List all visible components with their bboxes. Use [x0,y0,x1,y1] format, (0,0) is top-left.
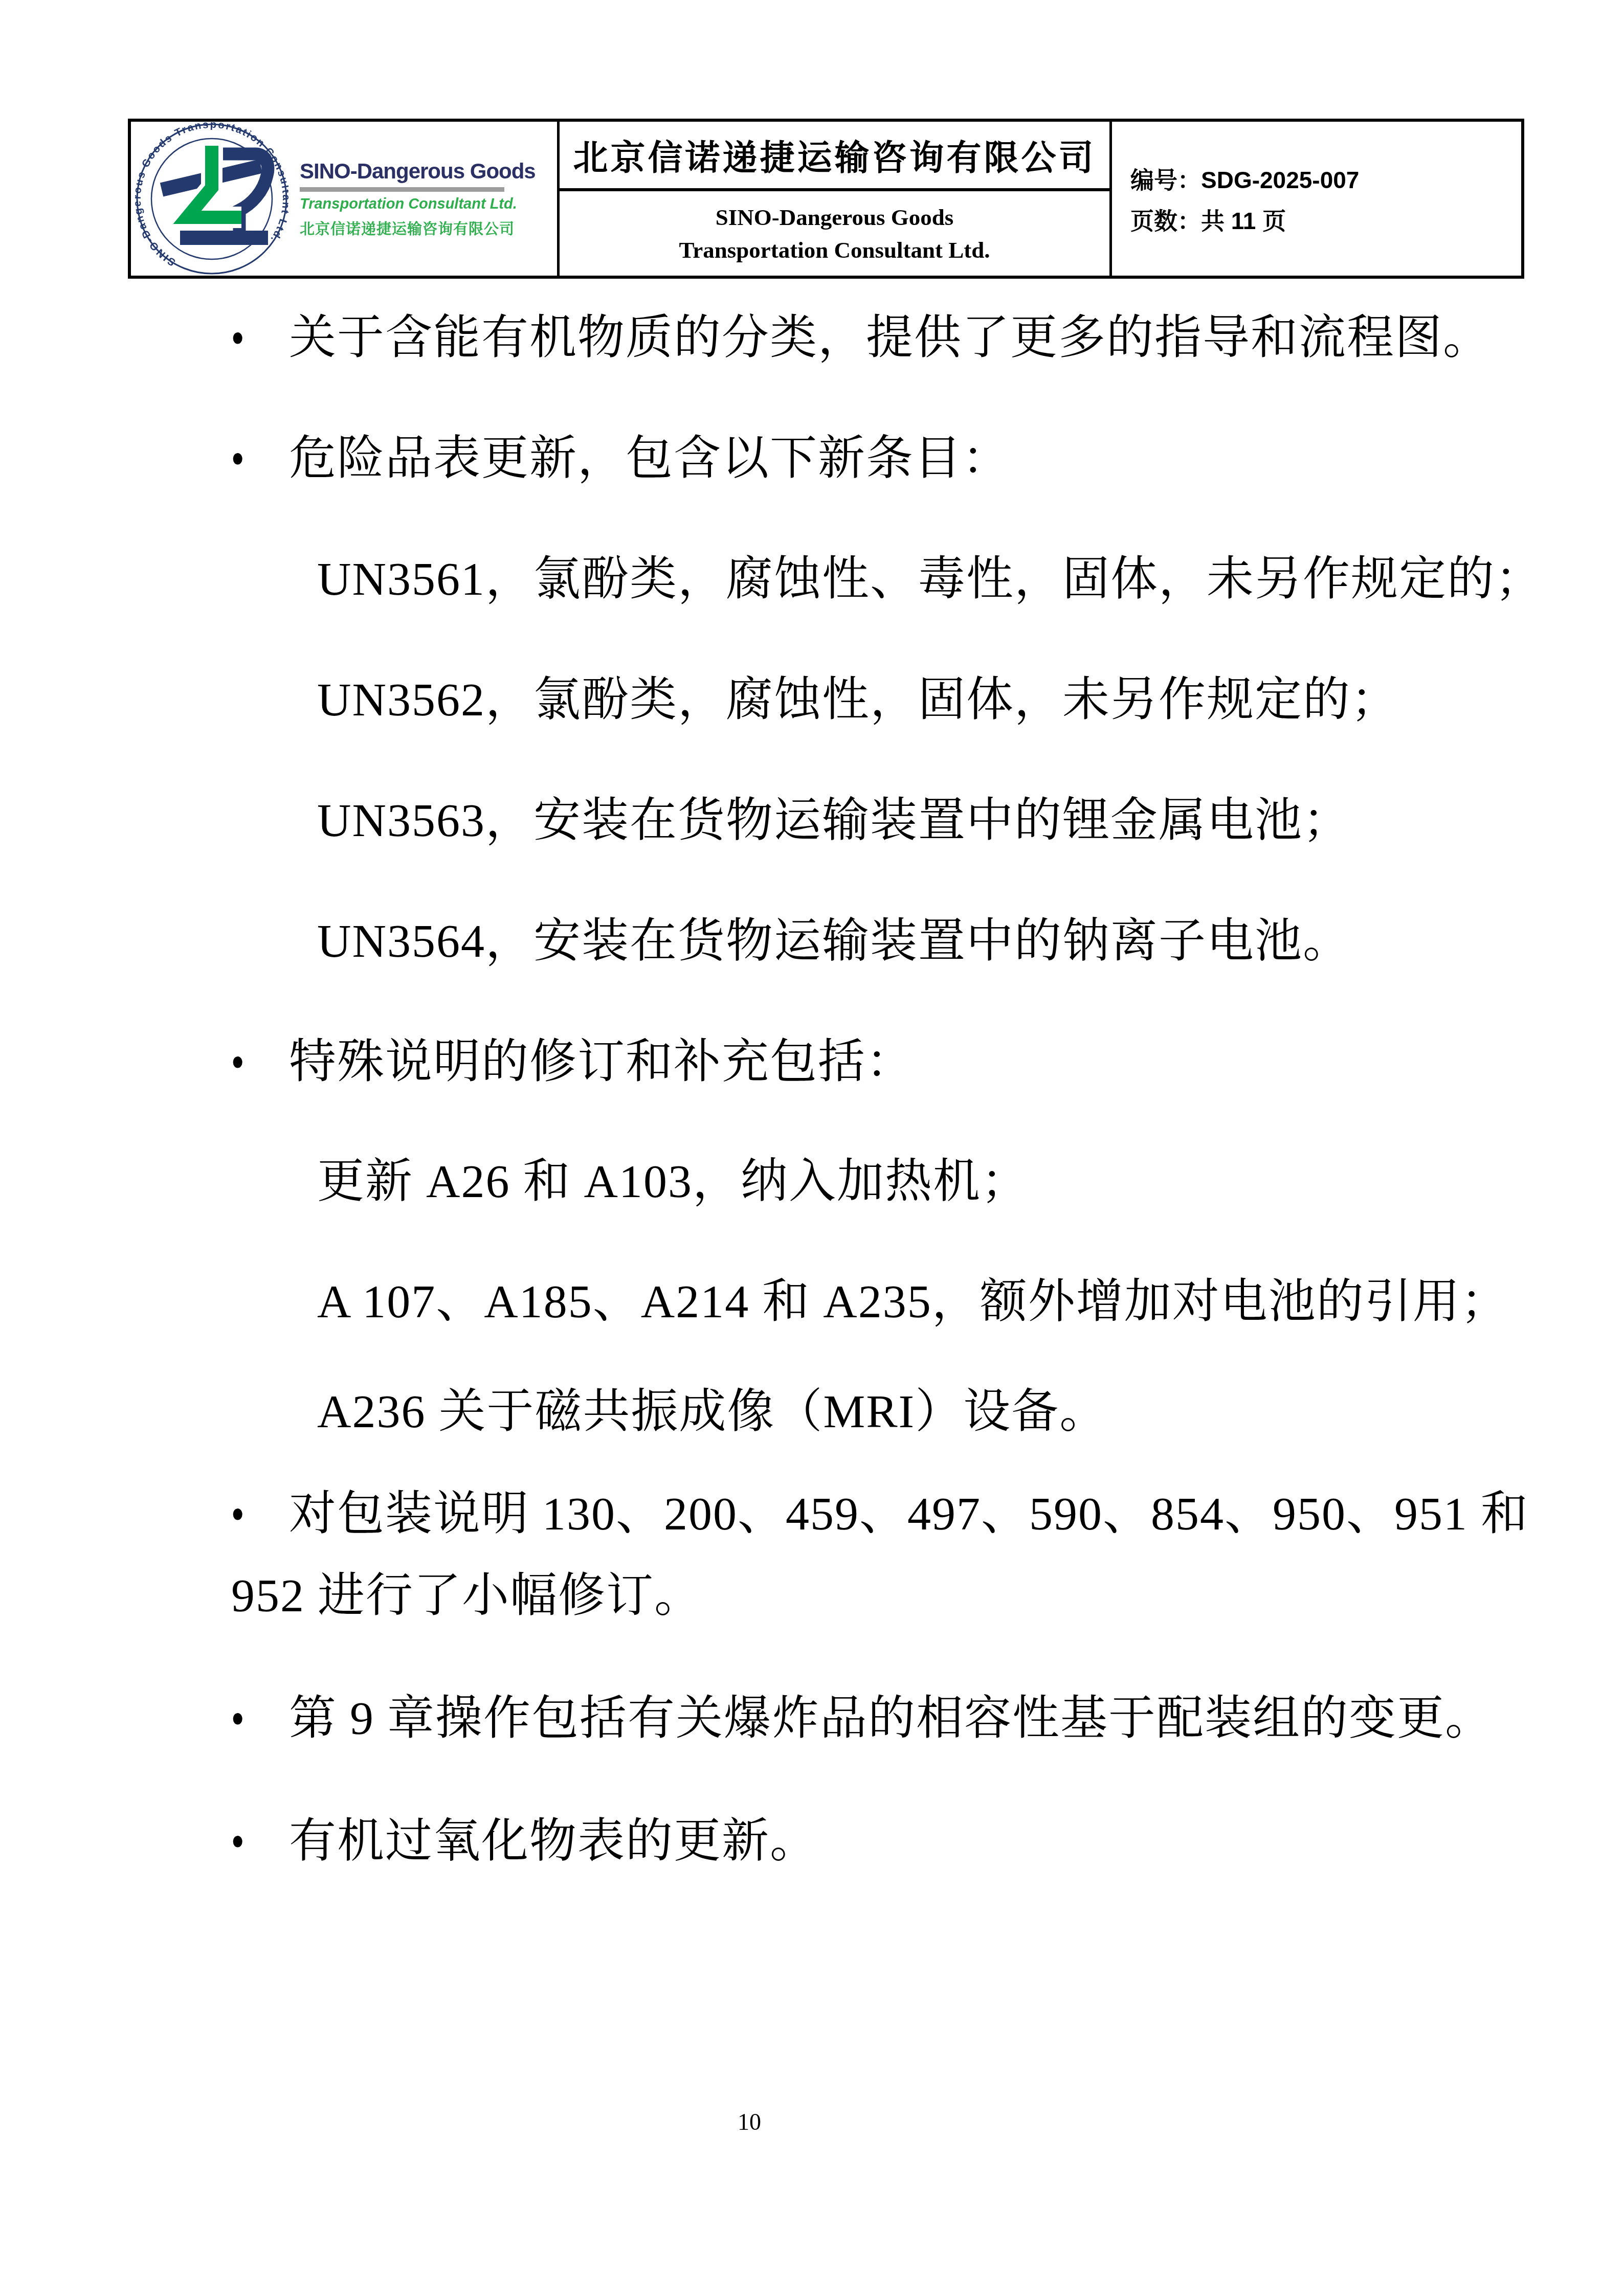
bullet-text: 关于含能有机物质的分类，提供了更多的指导和流程图。 [289,309,1491,366]
bullet-dot-icon: ● [231,1683,244,1753]
logo-wordmark-en2: Transportation Consultant Ltd. [300,196,509,213]
doc-number-row: 编号：SDG-2025-007 [1130,162,1521,195]
bullet-item: ● 关于含能有机物质的分类，提供了更多的指导和流程图。 [0,309,1624,366]
bullet-item: ● 第 9 章操作包括有关爆炸品的相容性基于配装组的变更。 [0,1690,1624,1746]
bullet-text: 有机过氧化物表的更新。 [289,1813,818,1869]
bullet-continuation: 952 进行了小幅修订。 [0,1567,1624,1624]
sub-item-text: 更新 A26 和 A103，纳入加热机； [317,1153,1029,1209]
logo-wordmark-cn: 北京信诺递捷运输咨询有限公司 [300,218,509,239]
sub-item: UN3562，氯酚类，腐蚀性，固体，未另作规定的； [0,671,1624,728]
bullet-item: ● 有机过氧化物表的更新。 [0,1813,1624,1869]
company-seal-logo-icon: SINO-Dangerous Goods Transportation Cons… [135,122,288,276]
page-number: 10 [0,2099,1499,2145]
sub-item: UN3563，安装在货物运输装置中的锂金属电池； [0,792,1624,848]
sub-item: UN3564，安装在货物运输装置中的钠离子电池。 [0,913,1624,969]
bullet-item: ● 特殊说明的修订和补充包括： [0,1033,1624,1090]
sub-item: A236 关于磁共振成像（MRI）设备。 [0,1383,1624,1439]
bullet-continuation-text: 952 进行了小幅修订。 [231,1567,702,1624]
sub-item-text: UN3561，氯酚类，腐蚀性、毒性，固体，未另作规定的； [317,551,1543,607]
header-table: SINO-Dangerous Goods Transportation Cons… [128,119,1524,279]
page-count-label: 页数： [1130,202,1201,236]
header-company-cell: 北京信诺递捷运输咨询有限公司 SINO-Dangerous Goods Tran… [560,122,1112,276]
bullet-dot-icon: ● [231,1478,244,1549]
bullet-text: 对包装说明 130、200、459、497、590、854、950、951 和 [289,1485,1529,1542]
bullet-text: 第 9 章操作包括有关爆炸品的相容性基于配装组的变更。 [289,1690,1493,1746]
doc-number-label: 编号： [1130,162,1201,195]
bullet-dot-icon: ● [231,1026,244,1097]
sub-item-text: UN3564，安装在货物运输装置中的钠离子电池。 [317,913,1351,969]
bullet-item: ● 对包装说明 130、200、459、497、590、854、950、951 … [0,1485,1624,1542]
bullet-dot-icon: ● [231,423,244,493]
bullet-item: ● 危险品表更新，包含以下新条目： [0,430,1624,486]
bullet-text: 危险品表更新，包含以下新条目： [289,430,1010,486]
bullet-text: 特殊说明的修订和补充包括： [289,1033,914,1090]
bullet-dot-icon: ● [231,1806,244,1876]
bullet-dot-icon: ● [231,302,244,373]
header-logo-cell: SINO-Dangerous Goods Transportation Cons… [131,122,560,276]
sub-item: 更新 A26 和 A103，纳入加热机； [0,1153,1624,1209]
company-name-en: SINO-Dangerous Goods Transportation Cons… [560,191,1109,276]
logo-wordmark-en: SINO-Dangerous Goods [300,159,509,184]
page-count-row: 页数：共 11 页 [1130,202,1521,236]
company-name-en-line1: SINO-Dangerous Goods [716,201,954,234]
sub-item-text: UN3563，安装在货物运输装置中的锂金属电池； [317,792,1351,848]
sub-item: UN3561，氯酚类，腐蚀性、毒性，固体，未另作规定的； [0,551,1624,607]
header-meta-cell: 编号：SDG-2025-007 页数：共 11 页 [1112,122,1521,276]
logo-wordmark: SINO-Dangerous Goods Transportation Cons… [300,159,509,239]
doc-number-value: SDG-2025-007 [1201,166,1359,194]
document-page: SINO-Dangerous Goods Transportation Cons… [0,0,1624,2296]
logo-divider-bar [300,187,504,192]
sub-item-text: A 107、A185、A214 和 A235，额外增加对电池的引用； [317,1273,1509,1330]
page-count-value: 共 11 页 [1201,202,1286,236]
company-name-cn: 北京信诺递捷运输咨询有限公司 [560,122,1109,191]
company-name-en-line2: Transportation Consultant Ltd. [679,234,990,266]
sub-item: A 107、A185、A214 和 A235，额外增加对电池的引用； [0,1273,1624,1330]
sub-item-text: UN3562，氯酚类，腐蚀性，固体，未另作规定的； [317,671,1399,728]
sub-item-text: A236 关于磁共振成像（MRI）设备。 [317,1383,1107,1439]
